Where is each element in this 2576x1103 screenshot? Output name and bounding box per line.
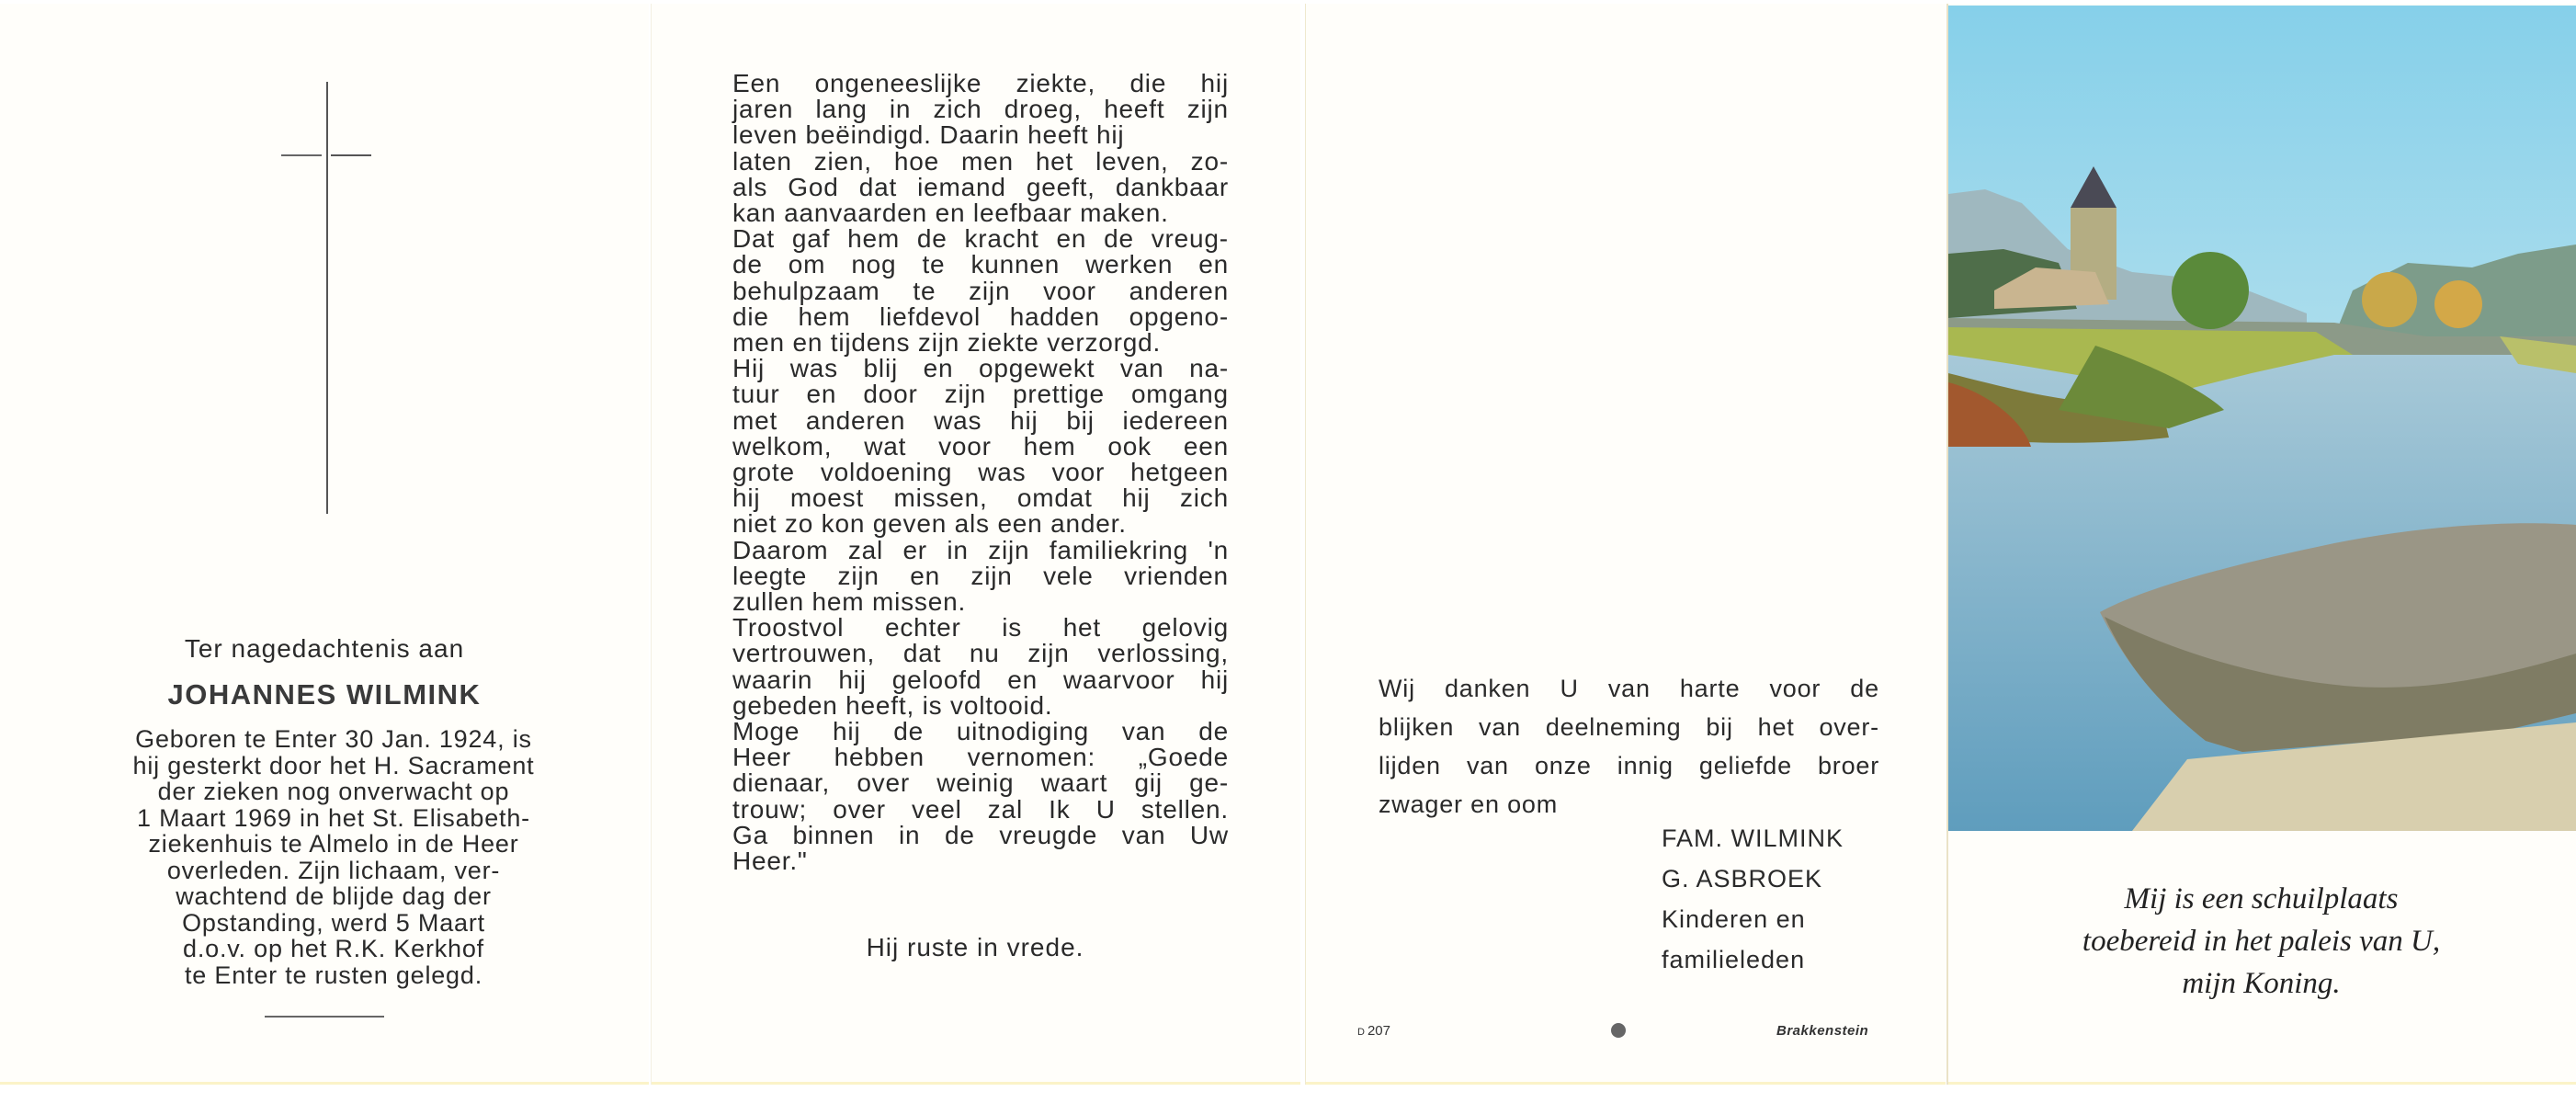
verse-line: Mij is een schuilplaats — [1946, 878, 2576, 920]
tribute-line: Daaromzalerinzijnfamiliekring'n — [732, 538, 1229, 563]
publisher-name: Brakkenstein — [1776, 1023, 1868, 1039]
memorial-intro: Ter nagedachtenis aan — [0, 634, 649, 664]
signatories: FAM. WILMINKG. ASBROEKKinderen enfamilie… — [1662, 818, 1844, 980]
bible-verse: Mij is een schuilplaatstoebereid in het … — [1946, 878, 2576, 1005]
signatory: G. ASBROEK — [1662, 859, 1844, 899]
closing-prayer: Hij ruste in vrede. — [651, 933, 1299, 962]
tribute-line: gebeden heeft, is voltooid. — [732, 693, 1229, 719]
tribute-line: jarenlanginzichdroeg,heeftzijn — [732, 97, 1229, 122]
signatory: familieleden — [1662, 939, 1844, 980]
biography-line: d.o.v. op het R.K. Kerkhof — [55, 936, 612, 962]
tribute-line: Eenongeneeslijkeziekte,diehij — [732, 71, 1229, 97]
verse-line: mijn Koning. — [1946, 962, 2576, 1005]
tribute-line: zullen hem missen. — [732, 589, 1229, 615]
signatory: FAM. WILMINK — [1662, 818, 1844, 859]
biography-line: hij gesterkt door het H. Sacrament — [55, 753, 612, 779]
tribute-line: niet zo kon geven als een ander. — [732, 511, 1229, 537]
tribute-line: GabinnenindevreugdevanUw — [732, 823, 1229, 848]
biography-line: wachtend de blijde dag der — [55, 883, 612, 910]
tribute-line: Heerhebbenvernomen:„Goede — [732, 745, 1229, 770]
biography-line: te Enter te rusten gelegd. — [55, 962, 612, 989]
biography-line: ziekenhuis te Almelo in de Heer — [55, 831, 612, 858]
print-code: D207 — [1357, 1023, 1390, 1039]
tribute-line: waarinhijgeloofdenwaarvoorhij — [732, 667, 1229, 693]
tribute-line: vertrouwen,datnuzijnverlossing, — [732, 641, 1229, 666]
tribute-line: welkom,watvoorhemookeen — [732, 434, 1229, 460]
tribute-line: kan aanvaarden en leefbaar maken. — [732, 200, 1229, 226]
tribute-line: Mogehijdeuitnodigingvande — [732, 719, 1229, 745]
biography-line: overleden. Zijn lichaam, ver- — [55, 858, 612, 884]
tribute-line: metanderenwashijbijiedereen — [732, 408, 1229, 434]
tribute-line: Datgafhemdekrachtendevreug- — [732, 226, 1229, 252]
thanks-line: WijdankenUvanhartevoorde — [1379, 669, 1879, 708]
tribute-line: alsGoddatiemandgeeft,dankbaar — [732, 175, 1229, 200]
deceased-name: JOHANNES WILMINK — [0, 678, 649, 711]
biography: Geboren te Enter 30 Jan. 1924, ishij ges… — [55, 726, 612, 988]
biography-line: der zieken nog onverwacht op — [55, 779, 612, 805]
tribute-line: diehemliefdevolhaddenopgeno- — [732, 304, 1229, 330]
verse-line: toebereid in het paleis van U, — [1946, 920, 2576, 962]
tribute-line: Heer." — [732, 848, 1229, 874]
publisher-logo-icon — [1611, 1023, 1626, 1038]
tribute-text: Eenongeneeslijkeziekte,diehijjarenlangin… — [732, 71, 1229, 874]
signatory: Kinderen en — [1662, 899, 1844, 939]
tribute-line: Troostvolechterishetgelovig — [732, 615, 1229, 641]
biography-line: Opstanding, werd 5 Maart — [55, 910, 612, 937]
landscape-photo — [1948, 6, 2576, 831]
tribute-line: latenzien,hoemenhetleven,zo- — [732, 149, 1229, 175]
tribute-line: Hijwasblijenopgewektvanna- — [732, 356, 1229, 381]
tribute-line: men en tijdens zijn ziekte verzorgd. — [732, 330, 1229, 356]
divider-rule — [265, 1016, 384, 1018]
tribute-line: deomnogtekunnenwerkenen — [732, 252, 1229, 278]
thanks-line: lijdenvanonzeinniggeliefdebroer — [1379, 746, 1879, 785]
biography-line: 1 Maart 1969 in het St. Elisabeth- — [55, 805, 612, 832]
tribute-line: behulpzaamtezijnvooranderen — [732, 279, 1229, 304]
biography-line: Geboren te Enter 30 Jan. 1924, is — [55, 726, 612, 753]
tribute-line: trouw;overveelzalIkUstellen. — [732, 797, 1229, 823]
tribute-line: leegtezijnenzijnvelevrienden — [732, 563, 1229, 589]
tribute-line: grotevoldoeningwasvoorhetgeen — [732, 460, 1229, 485]
thanks-line: blijkenvandeelnemingbijhetover- — [1379, 708, 1879, 746]
panel-thanks — [1305, 4, 1946, 1085]
tribute-line: tuurendoorzijnprettigeomgang — [732, 381, 1229, 407]
tribute-line: dienaar,overweinigwaartgijge- — [732, 770, 1229, 796]
tribute-line: hijmoestmissen,omdathijzich — [732, 485, 1229, 511]
tribute-line: leven beëindigd. Daarin heeft hij — [732, 122, 1229, 148]
thank-you-text: WijdankenUvanhartevoordeblijkenvandeelne… — [1379, 669, 1879, 824]
